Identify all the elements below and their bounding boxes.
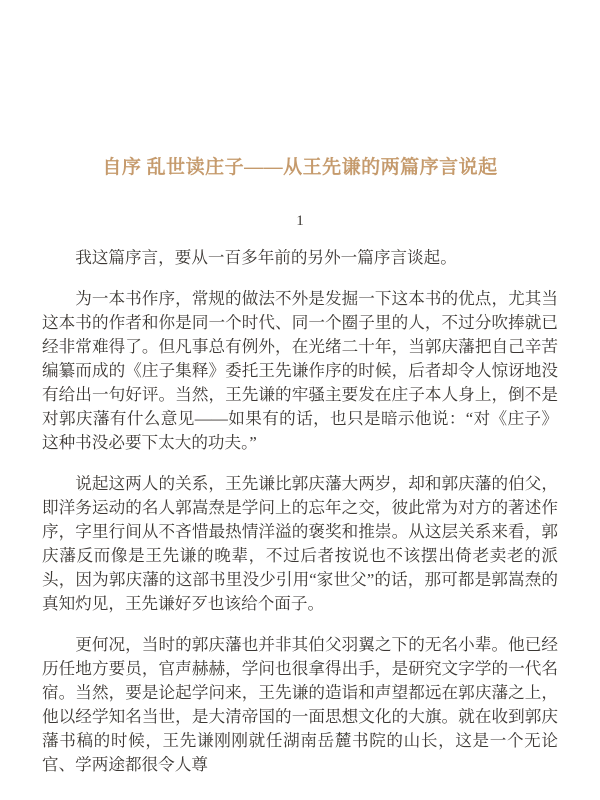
section-number: 1 bbox=[42, 211, 558, 231]
paragraph-2: 为一本书作序，常规的做法不外是发掘一下这本书的优点，尤其当这本书的作者和你是同一… bbox=[42, 287, 558, 455]
paragraph-4-truncated: 更何况，当时的郭庆藩也并非其伯父羽翼之下的无名小辈。他已经历任地方要员，官声赫赫… bbox=[42, 633, 558, 777]
body-text: 我这篇序言，要从一百多年前的另外一篇序言谈起。 为一本书作序，常规的做法不外是发… bbox=[42, 246, 558, 777]
paragraph-1: 我这篇序言，要从一百多年前的另外一篇序言谈起。 bbox=[42, 246, 558, 270]
chapter-title: 自序 乱世读庄子——从王先谦的两篇序言说起 bbox=[42, 156, 558, 180]
paragraph-3: 说起这两人的关系，王先谦比郭庆藩大两岁，却和郭庆藩的伯父，即洋务运动的名人郭嵩焘… bbox=[42, 472, 558, 616]
ebook-page: 自序 乱世读庄子——从王先谦的两篇序言说起 1 我这篇序言，要从一百多年前的另外… bbox=[0, 0, 600, 800]
